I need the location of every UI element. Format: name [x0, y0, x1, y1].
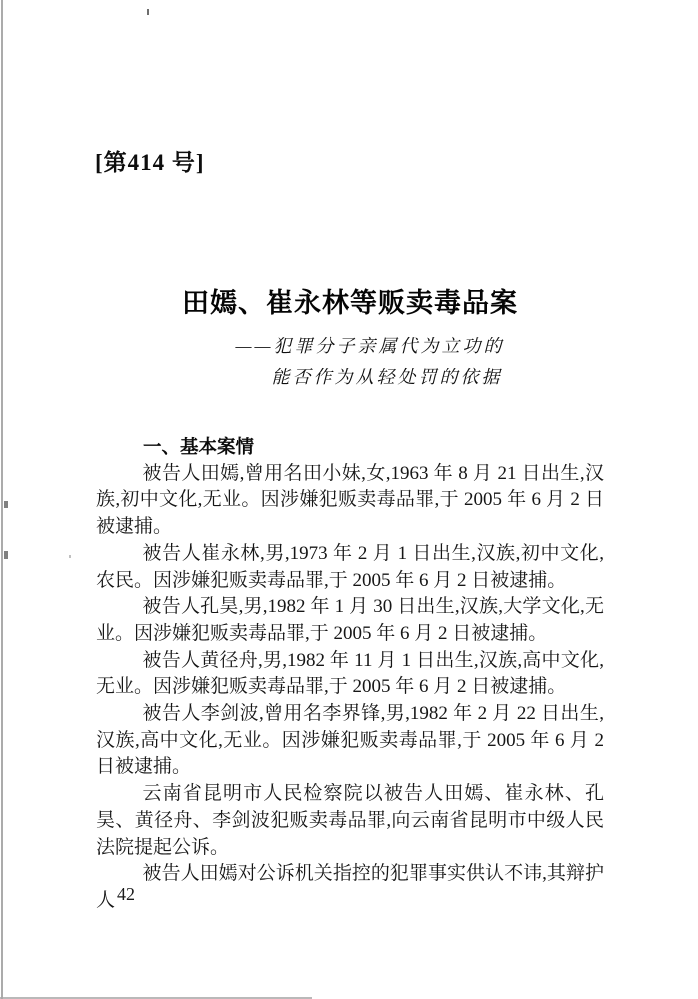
case-subtitle-line-1: ——犯罪分子亲属代为立功的: [116, 331, 624, 362]
case-subtitle: ——犯罪分子亲属代为立功的 能否作为从轻处罚的依据: [116, 331, 624, 393]
section-heading-basic-facts: 一、基本案情: [96, 434, 604, 461]
body-paragraph-defendant-tianyan: 被告人田嫣,曾用名田小妹,女,1963 年 8 月 21 日出生,汉族,初中文化…: [96, 461, 604, 541]
case-number: [第414 号]: [95, 144, 205, 177]
case-title: 田嫣、崔永林等贩卖毒品案: [96, 281, 604, 320]
body-paragraph-defendant-lijianbo: 被告人李剑波,曾用名李界锋,男,1982 年 2 月 22 日出生,汉族,高中文…: [96, 701, 604, 781]
body-paragraph-defendant-cuiyonglin: 被告人崔永林,男,1973 年 2 月 1 日出生,汉族,初中文化,农民。因涉嫌…: [96, 541, 604, 594]
body-paragraph-defendant-huangjingzhou: 被告人黄径舟,男,1982 年 11 月 1 日出生,汉族,高中文化,无业。因涉…: [96, 648, 604, 701]
scan-speck: [4, 551, 8, 559]
scan-speck: [147, 9, 149, 15]
body-paragraph-prosecution: 云南省昆明市人民检察院以被告人田嫣、崔永林、孔昊、黄径舟、李剑波犯贩卖毒品罪,向…: [96, 781, 604, 861]
scanned-book-page: [第414 号] 田嫣、崔永林等贩卖毒品案 ——犯罪分子亲属代为立功的 能否作为…: [0, 0, 698, 999]
scan-speck: [4, 501, 8, 508]
case-subtitle-line-2: 能否作为从轻处罚的依据: [116, 362, 624, 393]
body-paragraph-confession: 被告人田嫣对公诉机关指控的犯罪事实供认不讳,其辩护人: [96, 861, 604, 914]
scan-edge-left-line: [1, 0, 3, 999]
page-number: 42: [117, 884, 135, 905]
scan-speck: [69, 555, 71, 558]
body-text-block: 一、基本案情 被告人田嫣,曾用名田小妹,女,1963 年 8 月 21 日出生,…: [96, 434, 604, 915]
body-paragraph-defendant-konghao: 被告人孔昊,男,1982 年 1 月 30 日出生,汉族,大学文化,无业。因涉嫌…: [96, 594, 604, 647]
